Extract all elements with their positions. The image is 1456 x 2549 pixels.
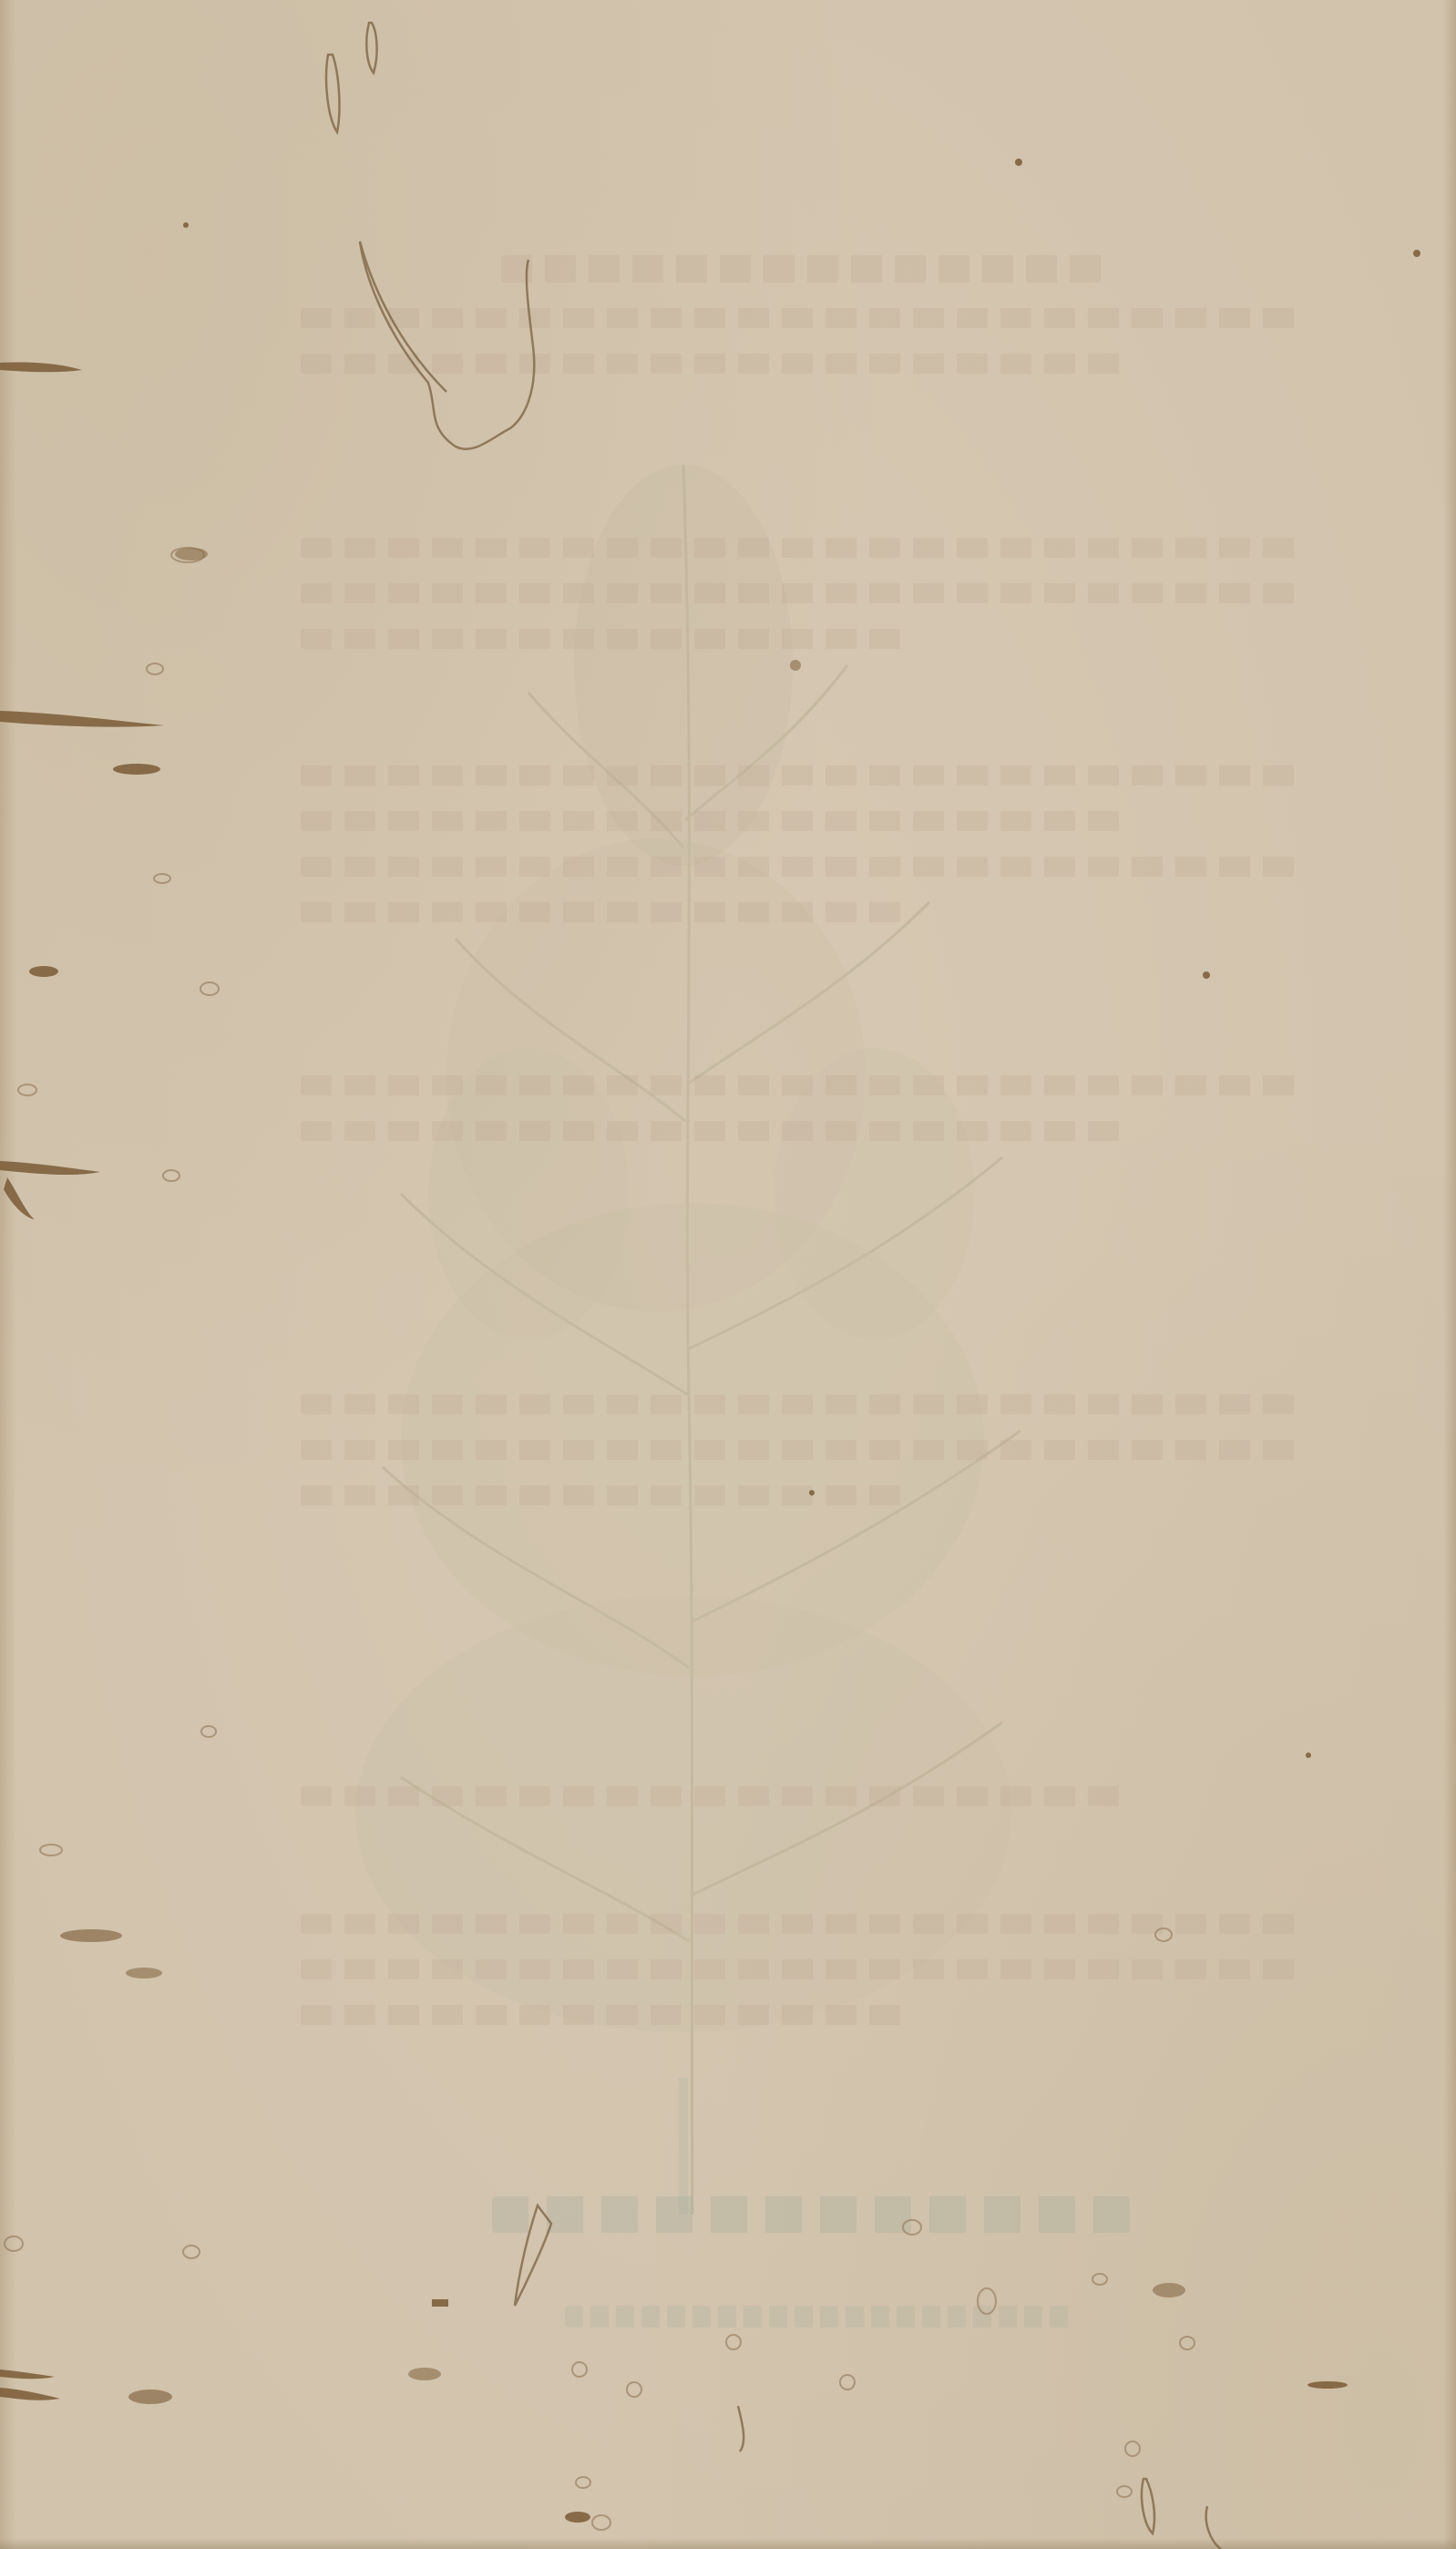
book-page: [0, 0, 1456, 2549]
foxing-stains: [0, 0, 1456, 2549]
